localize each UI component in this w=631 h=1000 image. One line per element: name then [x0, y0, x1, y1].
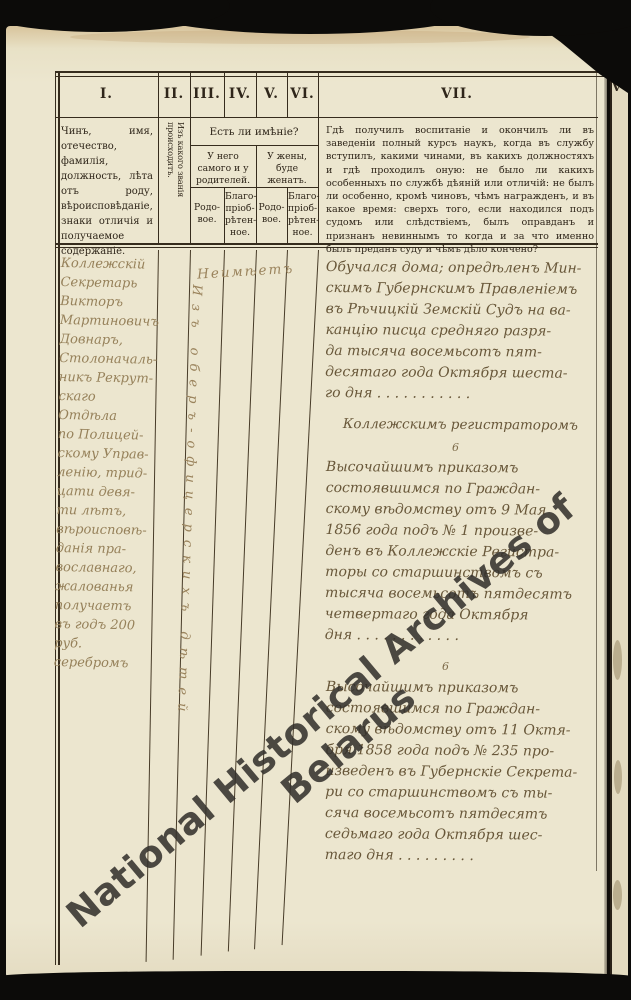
col7-header: Гдѣ получилъ воспитаніе и окончилъ ли въ… [326, 124, 594, 256]
column-number-3: III. [190, 86, 224, 102]
column-number-7: VII. [318, 86, 596, 102]
adjacent-page-ink-smudge [613, 880, 622, 910]
record-service-paragraph-1: Обучался дома; опредѣленъ Мин- скимъ Губ… [325, 257, 598, 406]
column-number-6: VI. [287, 86, 318, 102]
table-top-border [55, 71, 604, 73]
column-number-2: II. [158, 86, 190, 102]
record-service-subheading: Коллежскимъ регистраторомъ [343, 414, 578, 437]
paper-bottom-edge [0, 984, 631, 1000]
column-number-5: V. [256, 86, 287, 102]
record-person-entry: Коллежскій Секретарь Викторъ Мартиновичъ… [54, 254, 157, 674]
section-mark: 6 [442, 660, 449, 673]
estate-title-divider [190, 145, 318, 146]
column-number-1: I. [55, 86, 158, 102]
col6-blago-header: Благо- пріоб- рѣтен- ное. [288, 191, 317, 239]
scanned-archival-page: { "watermark": { "text": "National Histo… [0, 0, 631, 1000]
table-top-border-inner [55, 76, 604, 77]
estate-group-title: Есть ли имѣніе? [190, 126, 318, 138]
numeral-row-divider [55, 117, 598, 118]
adjacent-page-ink-smudge [613, 640, 622, 680]
col2-header-vertical: Изъ какого званія происходитъ. [166, 122, 186, 244]
adjacent-page-ink-smudge [614, 760, 622, 794]
col3-rodovoe-header: Родо- вое. [191, 202, 223, 226]
estate-self-header: У него самого и у родителей. [192, 151, 254, 187]
col1-header: Чинъ, имя, отечество, фамилія, должность… [61, 124, 153, 259]
estate-sub-divider [190, 187, 318, 188]
adjacent-page-sliver [610, 50, 628, 986]
col5-rodovoe-header: Родо- вое. [257, 202, 286, 226]
col4-blago-header: Благо- пріоб- рѣтен- ное. [225, 191, 255, 239]
section-mark: 6 [452, 441, 459, 454]
column-number-4: IV. [224, 86, 256, 102]
estate-wife-header: У жены, буде женатъ. [258, 151, 316, 187]
